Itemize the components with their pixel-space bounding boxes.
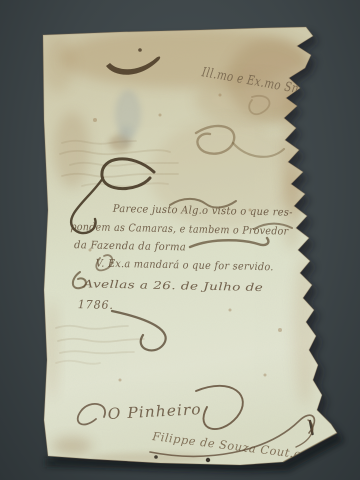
- stain-left-blotch: [54, 112, 90, 188]
- ink-dot: [138, 48, 142, 52]
- stain-bottom-left: [52, 437, 92, 455]
- foxing-dot: [93, 118, 97, 122]
- stain-top-left-corner: [42, 36, 74, 92]
- photo-background: Ill.mo e Ex.mo Snr. Parece justo Alg.o v…: [0, 0, 360, 480]
- stain-left-streak: [46, 300, 58, 400]
- foxing-dot: [278, 328, 282, 332]
- foxing-dot: [219, 94, 222, 97]
- foxing-dot: [119, 379, 122, 382]
- date-text: 1786.: [78, 297, 114, 312]
- ink-fleck: [154, 455, 158, 459]
- manuscript-photo: Ill.mo e Ex.mo Snr. Parece justo Alg.o v…: [0, 0, 360, 480]
- foxing-dot: [229, 309, 232, 312]
- ink-fleck: [206, 458, 210, 462]
- foxing-dot: [159, 114, 162, 117]
- foxing-dot: [264, 374, 267, 377]
- blue-stain-lower: [118, 126, 134, 146]
- body-line-3: da Fazenda da forma: [74, 239, 186, 253]
